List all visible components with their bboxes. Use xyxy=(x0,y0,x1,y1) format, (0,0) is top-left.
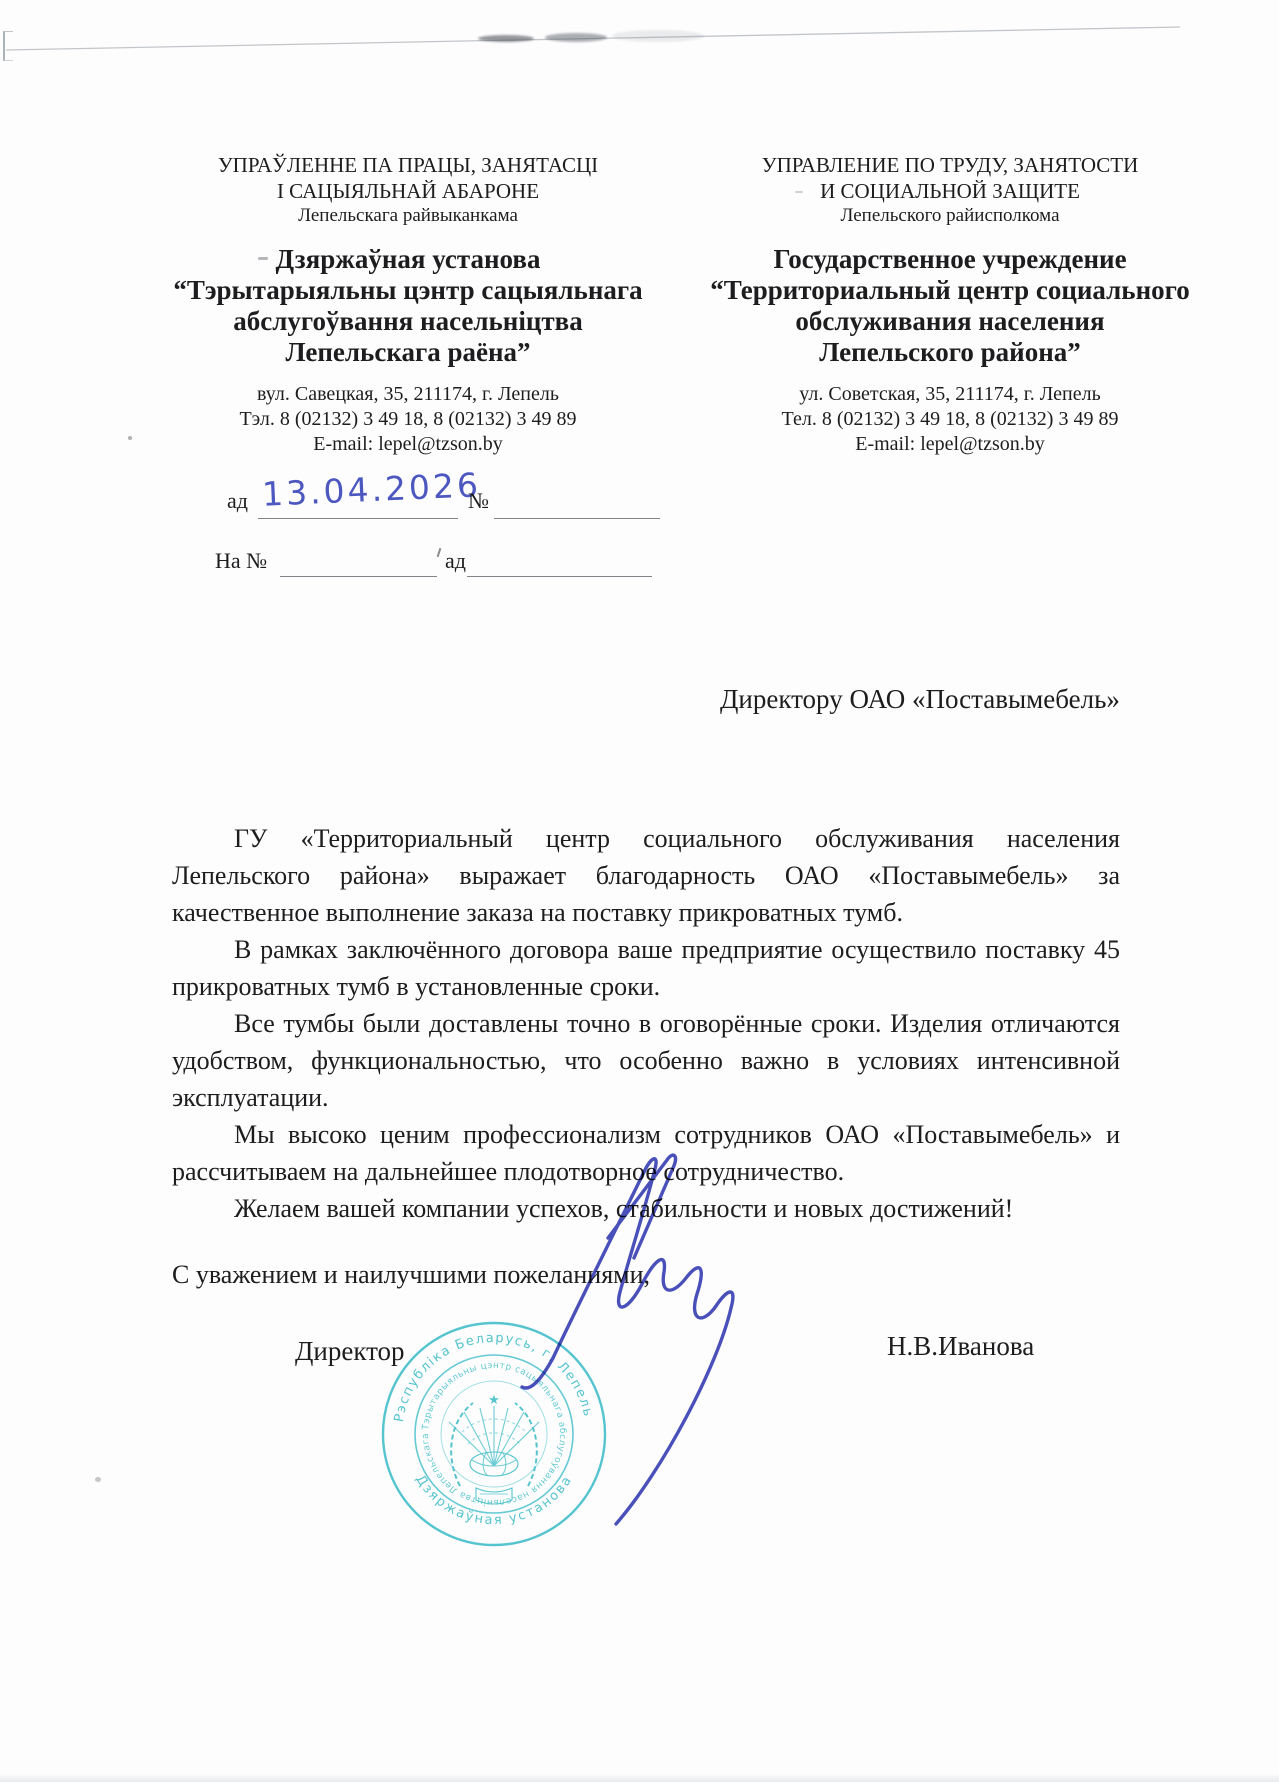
scan-tick xyxy=(437,548,442,557)
street-line: вул. Савецкая, 35, 211174, г. Лепель xyxy=(158,382,658,407)
street-line: ул. Советская, 35, 211174, г. Лепель xyxy=(666,382,1234,407)
body-paragraph: ГУ «Территориальный центр социального об… xyxy=(172,820,1120,931)
scan-smudge xyxy=(478,35,534,42)
addressee: Директору ОАО «Поставымебель» xyxy=(720,684,1120,715)
reply-number-label: На № xyxy=(215,548,267,574)
handwritten-date: 13.04.2026 xyxy=(261,465,481,514)
scan-smudge xyxy=(612,30,704,42)
scanned-letter-page: УПРАЎЛЕННЕ ПА ПРАЦЫ, ЗАНЯТАСЦІ І САЦЫЯЛЬ… xyxy=(0,0,1279,1782)
org-subline: Лепельского райисполкома xyxy=(666,204,1234,228)
address-block: вул. Савецкая, 35, 211174, г. Лепель Тэл… xyxy=(158,382,658,457)
institution-name: Государственное учреждение “Территориаль… xyxy=(666,244,1234,368)
letterhead-left: УПРАЎЛЕННЕ ПА ПРАЦЫ, ЗАНЯТАСЦІ І САЦЫЯЛЬ… xyxy=(158,152,658,457)
signer-name: Н.В.Иванова xyxy=(887,1331,1034,1362)
phone-line: Тел. 8 (02132) 3 49 18, 8 (02132) 3 49 8… xyxy=(666,407,1234,432)
institution-name: Дзяржаўная установа “Тэрытарыяльны цэнтр… xyxy=(158,244,658,368)
number-label: № xyxy=(468,488,489,514)
org-subline: Лепельскага райвыканкама xyxy=(158,204,658,228)
reply-date-label: ад xyxy=(445,548,466,574)
scan-bottom-edge xyxy=(0,1773,1279,1782)
org-name-line: І САЦЫЯЛЬНАЙ АБАРОНЕ xyxy=(158,178,658,204)
address-block: ул. Советская, 35, 211174, г. Лепель Тел… xyxy=(666,382,1234,457)
letterhead-right: УПРАВЛЕНИЕ ПО ТРУДУ, ЗАНЯТОСТИ И СОЦИАЛЬ… xyxy=(666,152,1234,457)
phone-line: Тэл. 8 (02132) 3 49 18, 8 (02132) 3 49 8… xyxy=(158,407,658,432)
date-label: ад xyxy=(227,488,248,514)
org-name-line: И СОЦИАЛЬНОЙ ЗАЩИТЕ xyxy=(666,178,1234,204)
email-line: E-mail: lepel@tzson.by xyxy=(158,432,658,457)
email-line: E-mail: lepel@tzson.by xyxy=(666,432,1234,457)
org-name-line: УПРАВЛЕНИЕ ПО ТРУДУ, ЗАНЯТОСТИ xyxy=(666,152,1234,178)
reply-number-blank-line xyxy=(280,576,437,577)
body-paragraph: В рамках заключённого договора ваше пред… xyxy=(172,931,1120,1005)
scan-speck xyxy=(95,1477,101,1482)
number-blank-line xyxy=(494,518,660,519)
scan-smudge xyxy=(545,33,607,42)
scan-speck xyxy=(128,436,132,440)
director-signature xyxy=(458,1140,778,1560)
body-paragraph: Все тумбы были доставлены точно в оговор… xyxy=(172,1005,1120,1116)
date-blank-line xyxy=(258,518,458,519)
org-name-line: УПРАЎЛЕННЕ ПА ПРАЦЫ, ЗАНЯТАСЦІ xyxy=(158,152,658,178)
reply-date-blank-line xyxy=(467,576,652,577)
